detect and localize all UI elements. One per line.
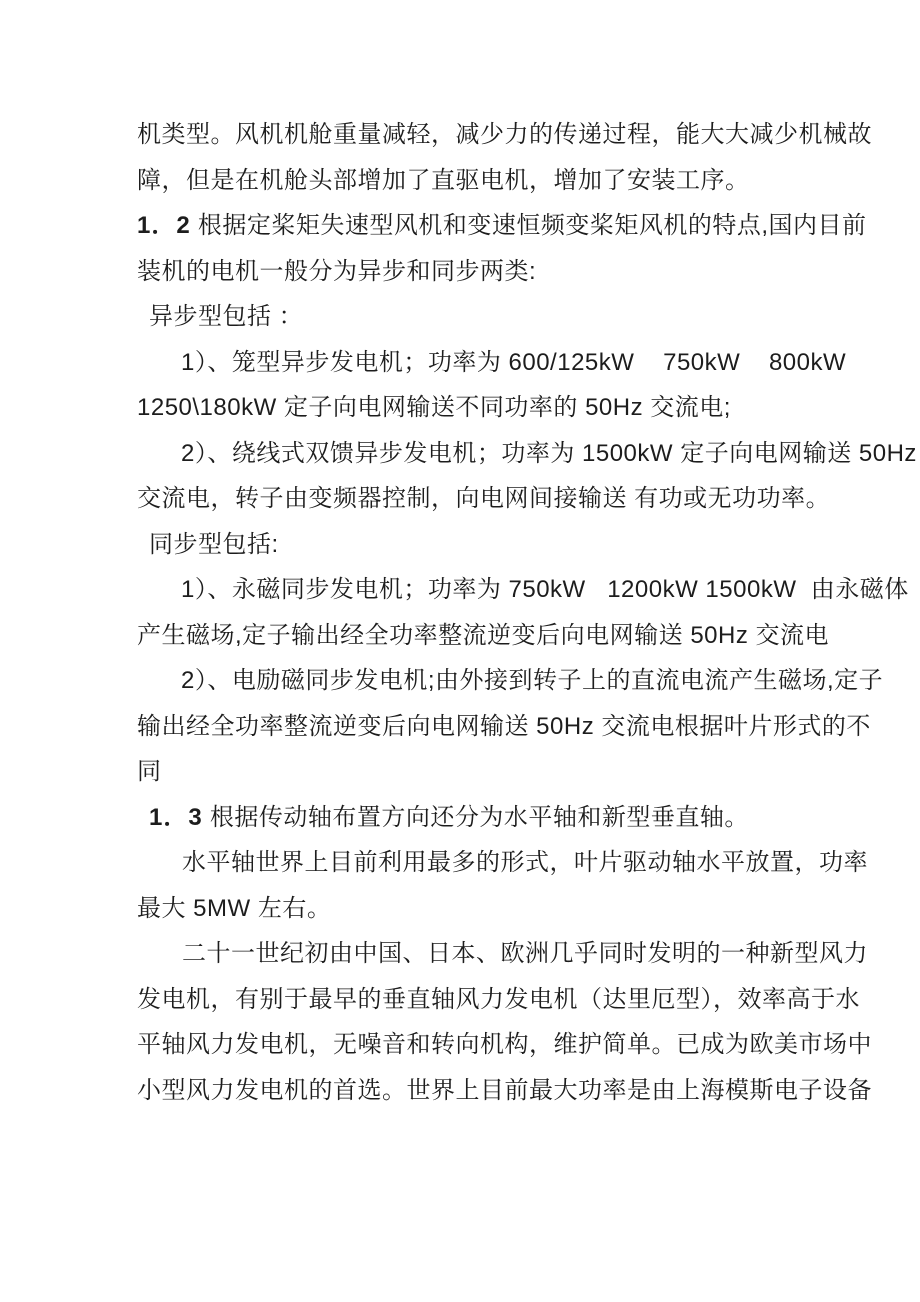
line-text: 最大 5MW 左右。 — [137, 895, 331, 922]
document-page: 机类型。风机机舱重量减轻，减少力的传递过程，能大大减少机械故障，但是在机舱头部增… — [0, 0, 920, 1302]
section-number: 1．2 — [137, 212, 191, 239]
line-text: 根据定桨矩失速型风机和变速恒频变桨矩风机的特点,国内目前 — [191, 212, 867, 239]
line-text: 1250\180kW 定子向电网输送不同功率的 50Hz 交流电; — [137, 394, 731, 421]
section-number: 1．3 — [149, 804, 203, 831]
line-text: 装机的电机一般分为异步和同步两类: — [137, 258, 536, 285]
line-text: 同 — [137, 758, 162, 785]
line-text: 根据传动轴布置方向还分为水平轴和新型垂直轴。 — [203, 804, 749, 831]
line-text: 障，但是在机舱头部增加了直驱电机，增加了安装工序。 — [137, 167, 750, 194]
text-line: 1．2 根据定桨矩失速型风机和变速恒频变桨矩风机的特点,国内目前 — [137, 203, 837, 249]
text-line: 2）、绕线式双馈异步发电机；功率为 1500kW 定子向电网输送 50Hz — [181, 431, 837, 477]
text-line: 输出经全功率整流逆变后向电网输送 50Hz 交流电根据叶片形式的不 — [137, 704, 837, 750]
line-text: 小型风力发电机的首选。世界上目前最大功率是由上海模斯电子设备 — [137, 1077, 872, 1104]
line-text: 2）、绕线式双馈异步发电机；功率为 1500kW 定子向电网输送 50Hz — [181, 440, 917, 467]
line-text: 输出经全功率整流逆变后向电网输送 50Hz 交流电根据叶片形式的不 — [137, 713, 871, 740]
text-line: 障，但是在机舱头部增加了直驱电机，增加了安装工序。 — [137, 158, 837, 204]
line-text: 异步型包括 ： — [149, 303, 303, 330]
text-line: 同 — [137, 749, 837, 795]
text-line: 小型风力发电机的首选。世界上目前最大功率是由上海模斯电子设备 — [137, 1068, 837, 1114]
line-text: 机类型。风机机舱重量减轻，减少力的传递过程，能大大减少机械故 — [137, 121, 872, 148]
text-line: 水平轴世界上目前利用最多的形式，叶片驱动轴水平放置，功率 — [182, 840, 837, 886]
text-line: 最大 5MW 左右。 — [137, 886, 837, 932]
line-text: 产生磁场,定子输出经全功率整流逆变后向电网输送 50Hz 交流电 — [137, 622, 829, 649]
text-line: 1250\180kW 定子向电网输送不同功率的 50Hz 交流电; — [137, 385, 837, 431]
text-line: 1）、永磁同步发电机；功率为 750kW 1200kW 1500kW 由永磁体 — [181, 567, 837, 613]
line-text: 发电机，有别于最早的垂直轴风力发电机（达里厄型），效率高于水 — [137, 986, 860, 1013]
line-text: 1）、永磁同步发电机；功率为 750kW 1200kW 1500kW 由永磁体 — [181, 576, 909, 603]
line-text: 1）、笼型异步发电机；功率为 600/125kW 750kW 800kW — [181, 349, 846, 376]
text-line: 1．3 根据传动轴布置方向还分为水平轴和新型垂直轴。 — [149, 795, 837, 841]
text-line: 装机的电机一般分为异步和同步两类: — [137, 249, 837, 295]
line-text: 平轴风力发电机，无噪音和转向机构，维护简单。已成为欧美市场中 — [137, 1031, 872, 1058]
text-line: 发电机，有别于最早的垂直轴风力发电机（达里厄型），效率高于水 — [137, 977, 837, 1023]
line-text: 2）、电励磁同步发电机;由外接到转子上的直流电流产生磁场,定子 — [181, 667, 883, 694]
text-line: 2）、电励磁同步发电机;由外接到转子上的直流电流产生磁场,定子 — [181, 658, 837, 704]
text-line: 机类型。风机机舱重量减轻，减少力的传递过程，能大大减少机械故 — [137, 112, 837, 158]
line-text: 交流电，转子由变频器控制，向电网间接输送 有功或无功功率。 — [137, 485, 830, 512]
text-line: 1）、笼型异步发电机；功率为 600/125kW 750kW 800kW — [181, 340, 837, 386]
line-text: 同步型包括: — [149, 531, 279, 558]
text-line: 产生磁场,定子输出经全功率整流逆变后向电网输送 50Hz 交流电 — [137, 613, 837, 659]
text-line: 异步型包括 ： — [149, 294, 837, 340]
text-line: 同步型包括: — [149, 522, 837, 568]
text-line: 交流电，转子由变频器控制，向电网间接输送 有功或无功功率。 — [137, 476, 837, 522]
text-line: 二十一世纪初由中国、日本、欧洲几乎同时发明的一种新型风力 — [182, 931, 837, 977]
line-text: 水平轴世界上目前利用最多的形式，叶片驱动轴水平放置，功率 — [182, 849, 868, 876]
text-line: 平轴风力发电机，无噪音和转向机构，维护简单。已成为欧美市场中 — [137, 1022, 837, 1068]
line-text: 二十一世纪初由中国、日本、欧洲几乎同时发明的一种新型风力 — [182, 940, 868, 967]
document-text-body: 机类型。风机机舱重量减轻，减少力的传递过程，能大大减少机械故障，但是在机舱头部增… — [137, 112, 837, 1113]
